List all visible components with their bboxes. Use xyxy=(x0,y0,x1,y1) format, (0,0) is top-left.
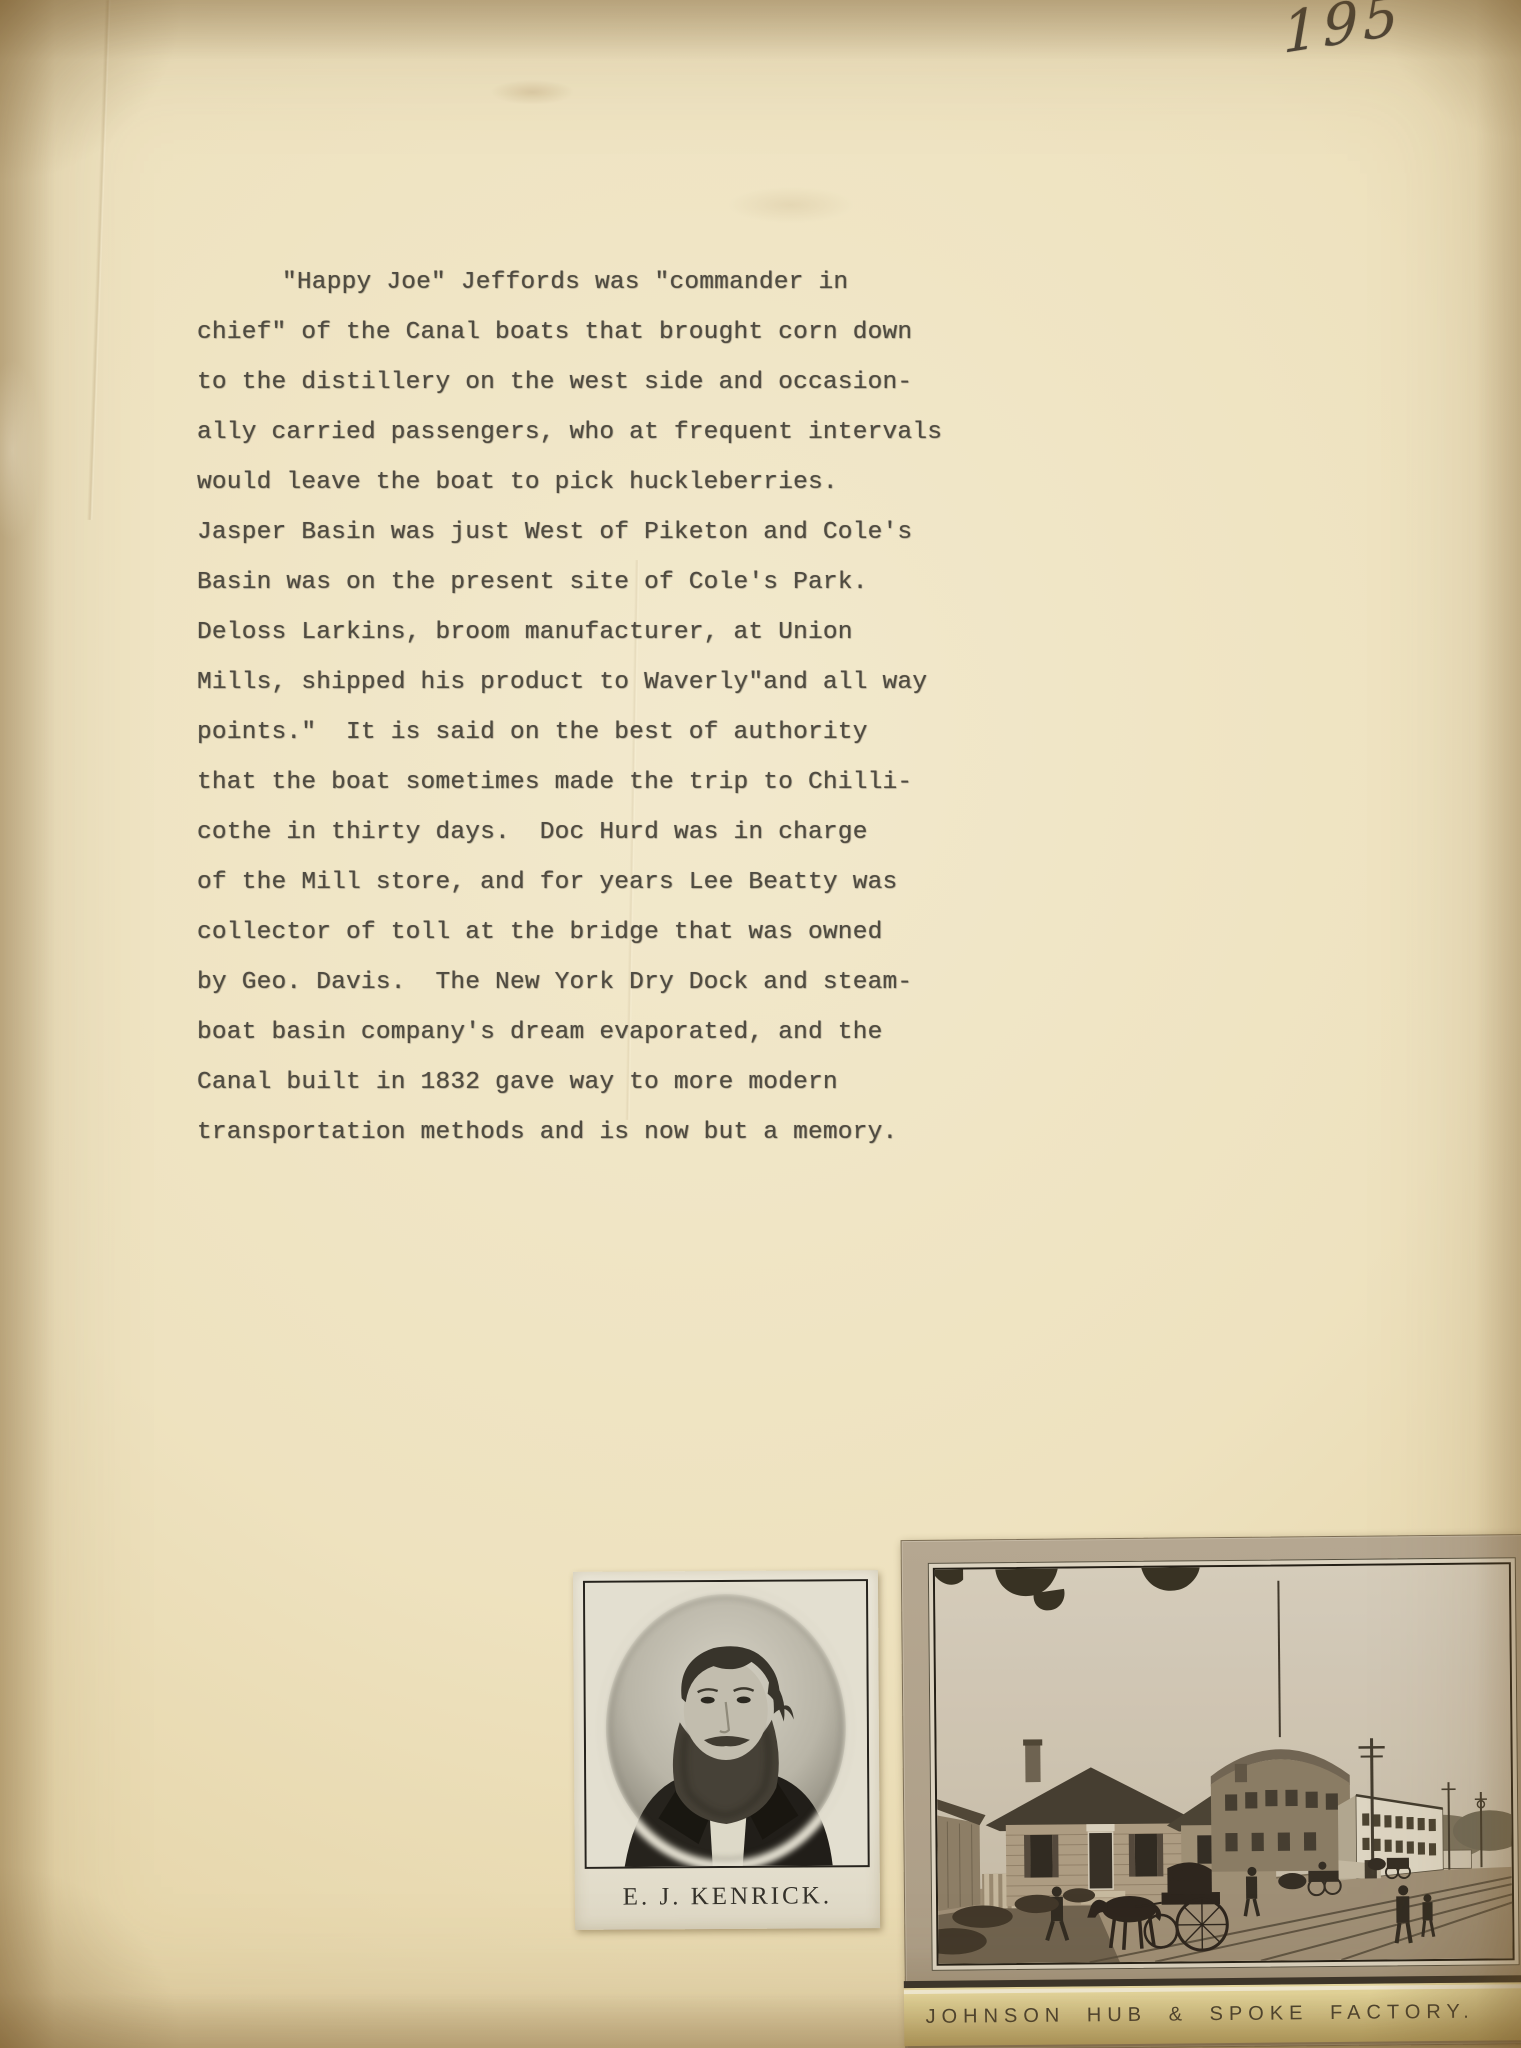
typed-line: Mills, shipped his product to Waverly"an… xyxy=(197,658,997,708)
portrait-clipping: E. J. KENRICK. xyxy=(573,1570,880,1930)
typed-line: transportation methods and is now but a … xyxy=(197,1108,997,1158)
typed-line: chief" of the Canal boats that brought c… xyxy=(197,308,997,358)
factory-caption-strip: JOHNSON HUB & SPOKE FACTORY. xyxy=(904,1975,1521,2046)
typed-line: would leave the boat to pick huckleberri… xyxy=(197,458,997,508)
kenrick-portrait-photo xyxy=(583,1579,870,1869)
handwritten-page-number: 195 xyxy=(1282,0,1404,67)
typed-line: that the boat sometimes made the trip to… xyxy=(197,758,997,808)
caption-rule xyxy=(904,1984,1521,1994)
typed-line: points." It is said on the best of autho… xyxy=(197,708,997,758)
factory-engraving xyxy=(935,1564,1513,1963)
factory-engraving-frame xyxy=(928,1557,1520,1971)
typed-line: boat basin company's dream evaporated, a… xyxy=(197,1008,997,1058)
typed-line: Deloss Larkins, broom manufacturer, at U… xyxy=(197,608,997,658)
typed-paragraph: "Happy Joe" Jeffords was "commander in c… xyxy=(197,258,997,1158)
factory-caption: JOHNSON HUB & SPOKE FACTORY. xyxy=(904,2000,1496,2029)
typed-line: to the distillery on the west side and o… xyxy=(197,358,997,408)
factory-clipping: JOHNSON HUB & SPOKE FACTORY. xyxy=(901,1534,1521,2048)
typed-line: cothe in thirty days. Doc Hurd was in ch… xyxy=(197,808,997,858)
scrapbook-page-scan: 195 "Happy Joe" Jeffords was "commander … xyxy=(0,0,1521,2048)
typed-line: of the Mill store, and for years Lee Bea… xyxy=(197,858,997,908)
typed-line: ally carried passengers, who at frequent… xyxy=(197,408,997,458)
typed-line: Canal built in 1832 gave way to more mod… xyxy=(197,1058,997,1108)
typed-line: Basin was on the present site of Cole's … xyxy=(197,558,997,608)
typed-line: collector of toll at the bridge that was… xyxy=(197,908,997,958)
typed-line: "Happy Joe" Jeffords was "commander in xyxy=(197,258,997,308)
portrait-illustration xyxy=(585,1581,868,1867)
typed-line: Jasper Basin was just West of Piketon an… xyxy=(197,508,997,558)
typed-line: by Geo. Davis. The New York Dry Dock and… xyxy=(197,958,997,1008)
paper-crease xyxy=(87,0,111,520)
portrait-caption: E. J. KENRICK. xyxy=(575,1882,880,1912)
